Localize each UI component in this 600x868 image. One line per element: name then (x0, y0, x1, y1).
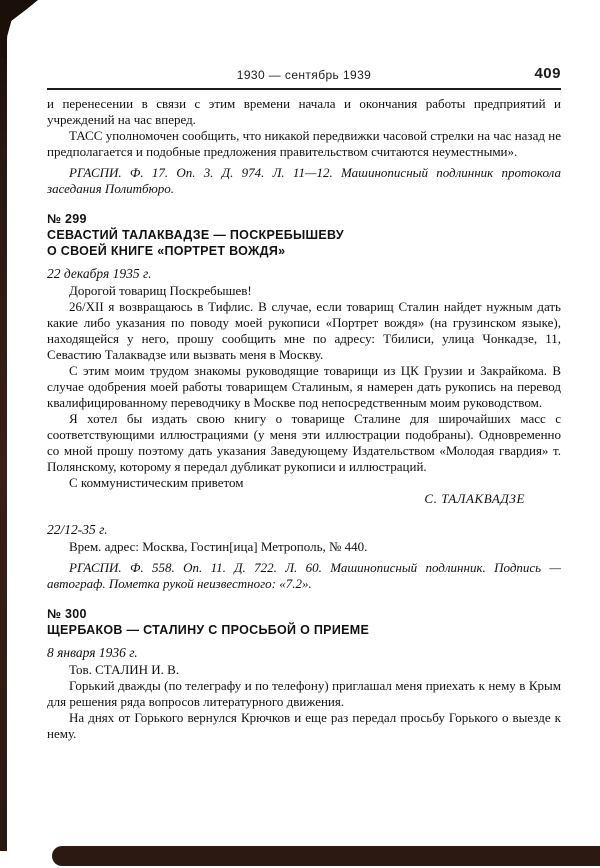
paragraph: и перенесении в связи с этим времени нач… (47, 96, 561, 128)
letter-body: Тов. СТАЛИН И. В. Горький дважды (по тел… (47, 662, 561, 742)
salutation: Тов. СТАЛИН И. В. (47, 662, 561, 678)
closing-line: С коммунистическим приветом (47, 475, 561, 491)
document-299-heading: № 299 СЕВАСТИЙ ТАЛАКВАДЗЕ — ПОСКРЕБЫШЕВУ… (47, 211, 561, 259)
postscript-date: 22/12-35 г. (47, 521, 561, 538)
paragraph: ТАСС уполномочен сообщить, что никакой п… (47, 128, 561, 160)
scan-gutter-shadow-left (0, 0, 7, 851)
page-number: 409 (534, 65, 561, 82)
paragraph: 26/XII я возвращаюсь в Тифлис. В случае,… (47, 299, 561, 363)
scan-shadow-top-left-corner (0, 0, 38, 58)
scan-shadow-bottom-edge (52, 846, 600, 866)
book-page-scan: 1930 — сентябрь 1939 409 и перенесении в… (0, 0, 600, 868)
document-title: ЩЕРБАКОВ — СТАЛИНУ С ПРОСЬБОЙ О ПРИЕМЕ (47, 622, 561, 638)
running-title: 1930 — сентябрь 1939 (47, 68, 561, 82)
paragraph: Я хотел бы издать свою книгу о товарище … (47, 411, 561, 475)
paragraph: На днях от Горького вернулся Крючков и е… (47, 710, 561, 742)
page-content: 1930 — сентябрь 1939 409 и перенесении в… (47, 68, 561, 742)
document-continuation: и перенесении в связи с этим времени нач… (47, 96, 561, 160)
document-number: № 299 (47, 211, 561, 227)
letter-body: Дорогой товарищ Поскребышев! 26/XII я во… (47, 283, 561, 507)
running-header: 1930 — сентябрь 1939 409 (47, 68, 561, 84)
document-date: 22 декабря 1935 г. (47, 265, 561, 282)
header-rule (47, 88, 561, 90)
archival-source-note: РГАСПИ. Ф. 558. Оп. 11. Д. 722. Л. 60. М… (47, 560, 561, 592)
salutation: Дорогой товарищ Поскребышев! (47, 283, 561, 299)
signature: С. ТАЛАКВАДЗЕ (47, 491, 561, 507)
postscript-address: Врем. адрес: Москва, Гостин[ица] Метропо… (47, 539, 561, 555)
document-title: О СВОЕЙ КНИГЕ «ПОРТРЕТ ВОЖДЯ» (47, 243, 561, 259)
archival-source-note: РГАСПИ. Ф. 17. Оп. 3. Д. 974. Л. 11—12. … (47, 165, 561, 197)
document-300-heading: № 300 ЩЕРБАКОВ — СТАЛИНУ С ПРОСЬБОЙ О ПР… (47, 606, 561, 638)
document-number: № 300 (47, 606, 561, 622)
document-date: 8 января 1936 г. (47, 644, 561, 661)
paragraph: Горький дважды (по телеграфу и по телефо… (47, 678, 561, 710)
paragraph: С этим моим трудом знакомы руководящие т… (47, 363, 561, 411)
page-body: и перенесении в связи с этим времени нач… (47, 96, 561, 742)
document-title: СЕВАСТИЙ ТАЛАКВАДЗЕ — ПОСКРЕБЫШЕВУ (47, 227, 561, 243)
